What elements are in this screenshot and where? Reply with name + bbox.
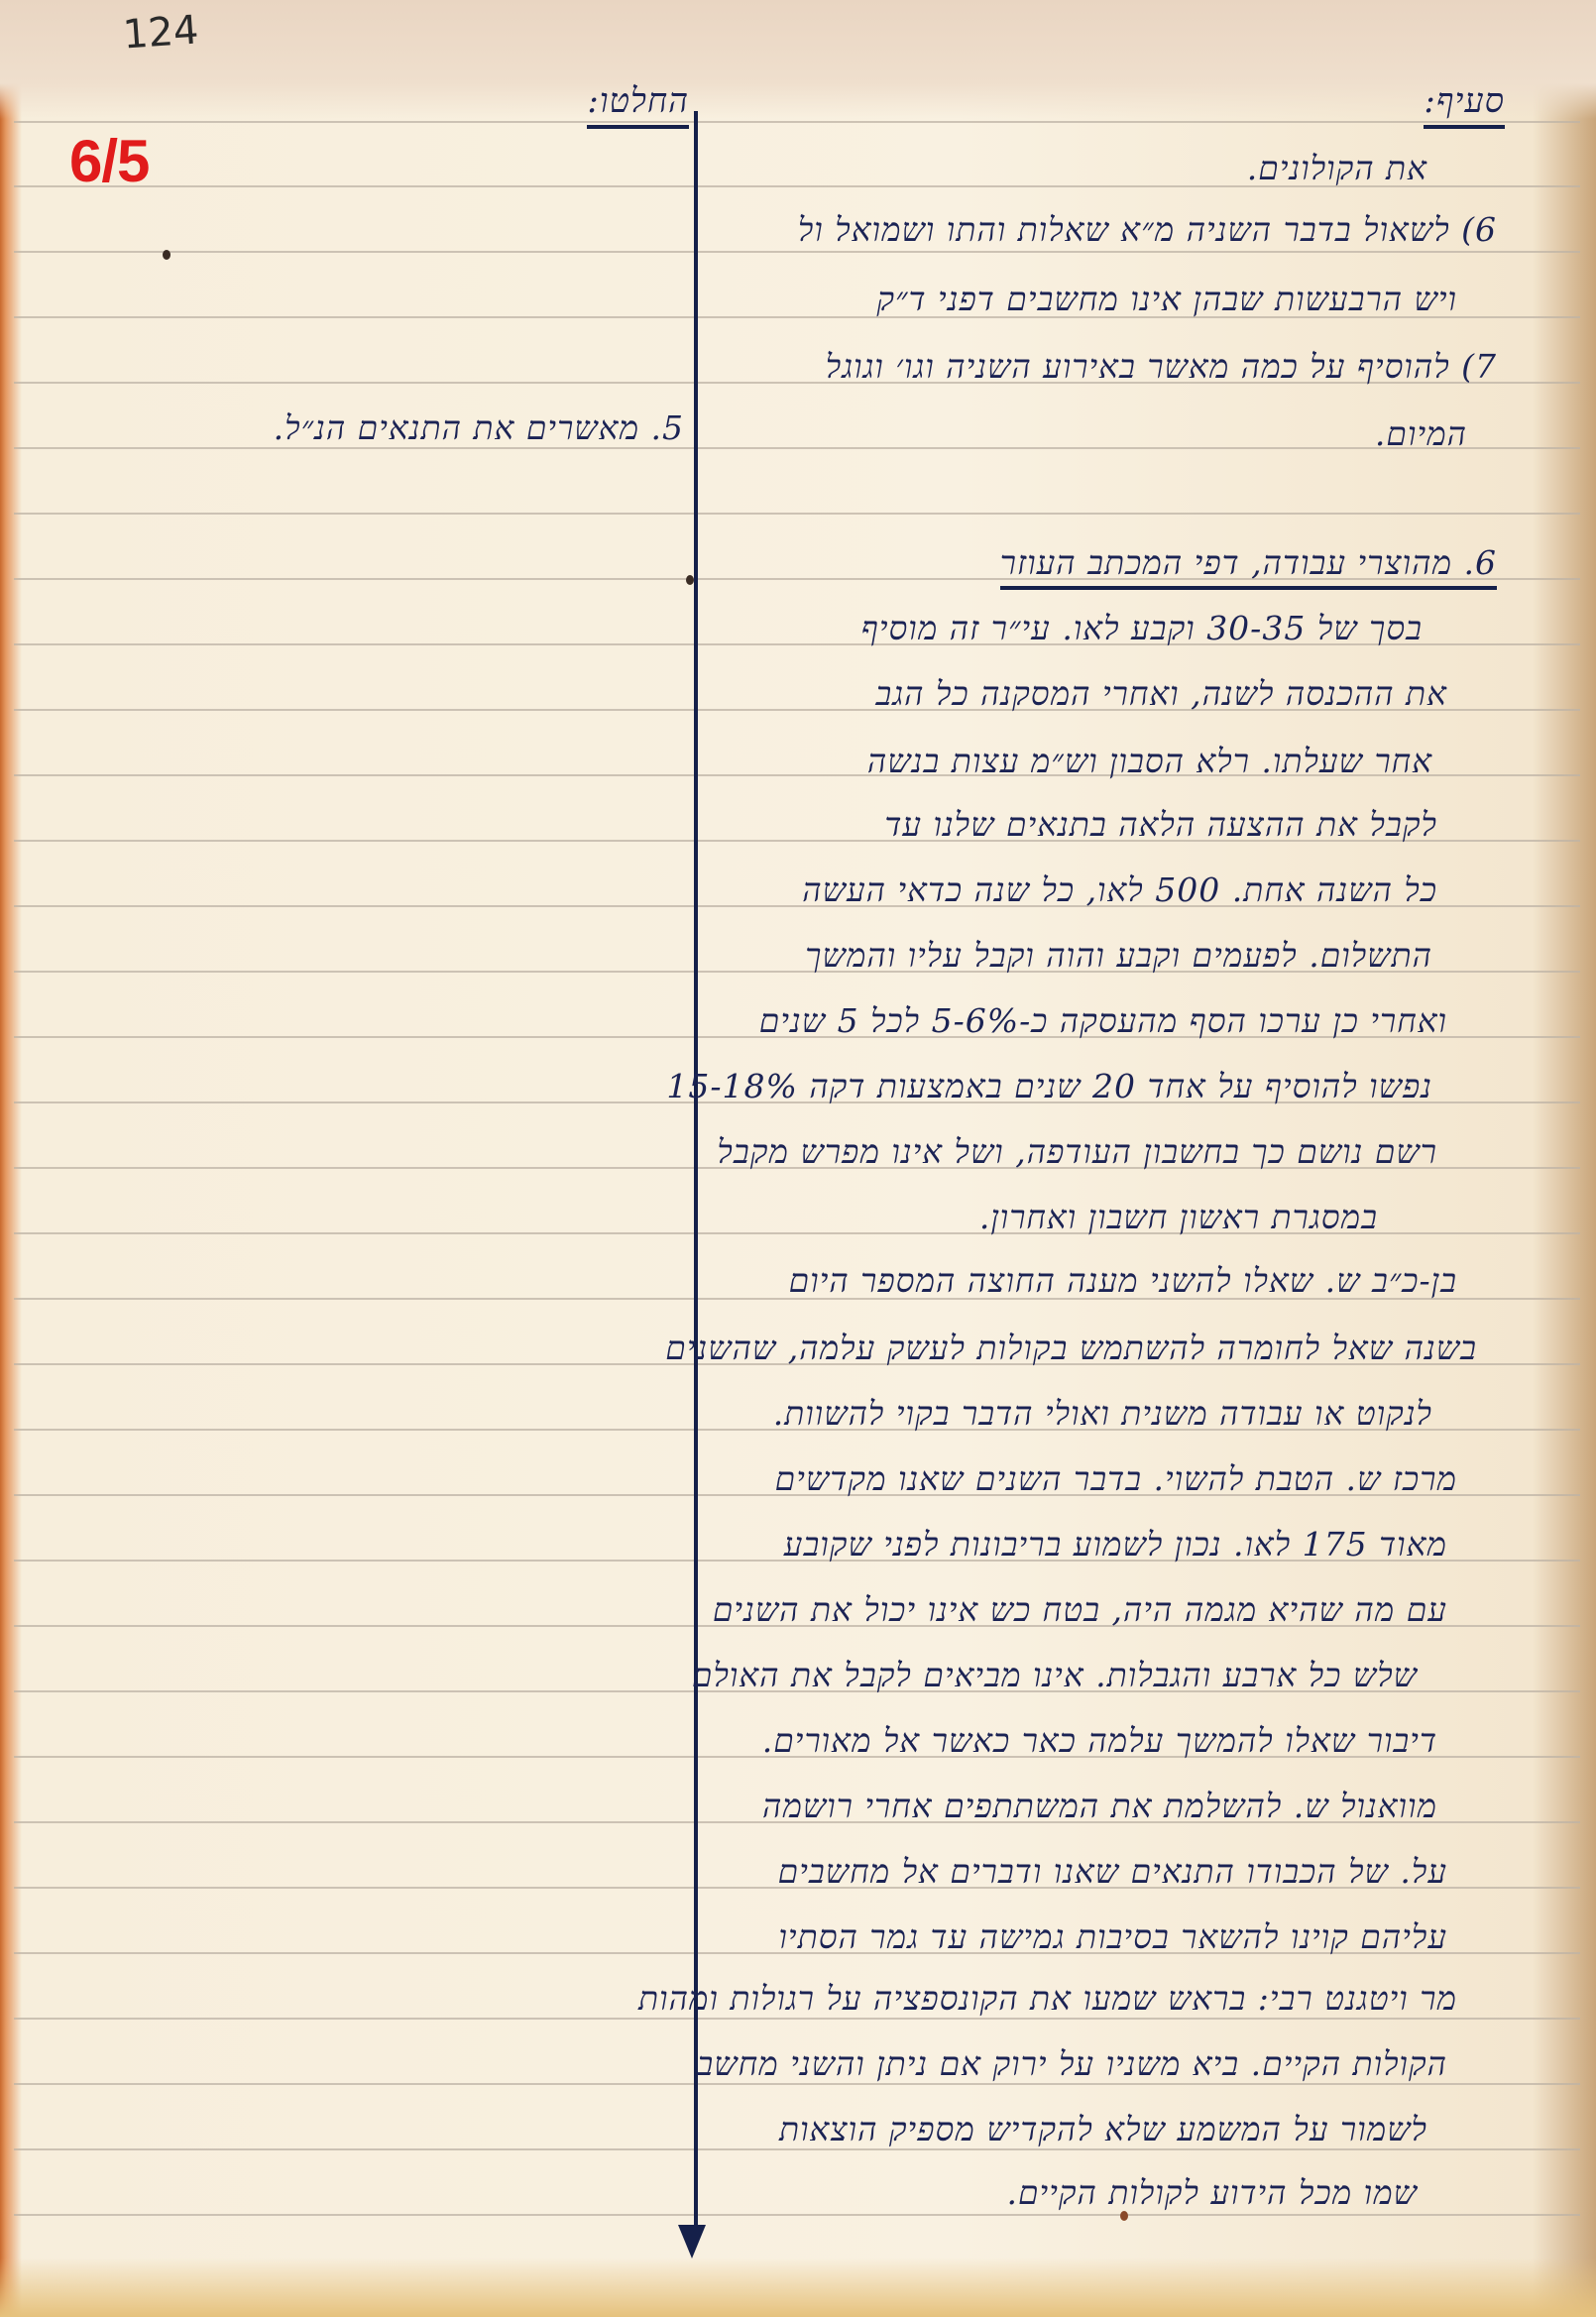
right-column-header: סעיף: [1424, 81, 1505, 121]
right-line: בסך של 30-35 וקבע לאו. עי״ר זה מוסיף [861, 609, 1423, 648]
ink-spot [163, 250, 171, 260]
right-line: דיבור שאלו להמשך עלמה כאר כאשר אל מאורים… [762, 1721, 1437, 1761]
right-line: אחר שעלתו. רלא הסבון וש״מ עצות בנשה [867, 742, 1432, 781]
right-line: לנקוט או עבודה משנית ואולי הדבר בקוי להש… [773, 1394, 1432, 1434]
right-line: את הקולונים. [1247, 149, 1427, 188]
right-line: עליהם קוינו להשאר בסיבות גמישה עד גמר הס… [778, 1917, 1447, 1957]
right-line: 6) לשאול בדבר השניה מ״א שאלות והתו ושמוא… [798, 210, 1497, 250]
right-line: ואחרי כן ערכו הסף מהעסקה כ-5-6% לכל 5 שנ… [759, 1001, 1447, 1041]
red-page-marker: 6/5 [69, 127, 149, 195]
right-line: לשמור על המשמע שלא להקדיש מספיק הוצאות [779, 2110, 1427, 2149]
right-line: מר ויטגנט רבי: בראש שמעו את הקונספציה על… [638, 1979, 1457, 2019]
ruled-line [14, 447, 1580, 449]
ruled-line [14, 121, 1580, 123]
section-6-heading: 6. מהוצרי עבודה, דפי המכתב העוזר [1000, 543, 1497, 583]
ruled-line [14, 513, 1580, 515]
right-line: הקולות הקיים. ביא משניו על ירוק אם ניתן … [697, 2044, 1447, 2084]
ruled-line [14, 2214, 1580, 2216]
right-line: 7) להוסיף על כמה מאשר באירוע השניה וגו׳ … [826, 347, 1497, 387]
left-column-header: החלטו: [587, 81, 689, 121]
right-line: מוואנול ש. להשלמת את המשתתפים אחרי רושמה [762, 1787, 1437, 1826]
right-line: מרכז ש. הטבת להשוי. בדבר השנים שאנו מקדש… [775, 1459, 1457, 1499]
ink-spot [686, 575, 694, 585]
right-line: את ההכנסה לשנה, ואחרי המסקנה כל הגב [875, 674, 1447, 714]
right-line: כל השנה אחת. 500 לאו, כל שנה כדאי העשה [802, 870, 1437, 910]
right-line: ויש הרבעשות שבהן אינו מחשבים דפני ד״ק [876, 280, 1457, 319]
right-line: עם מה שהיא מגמה היה, בטח כש אינו יכול את… [713, 1590, 1447, 1630]
right-line: לקבל את ההצעה הלאה בתנאים שלנו עד [884, 805, 1437, 845]
column-divider-line [694, 111, 698, 2243]
ruled-line [14, 251, 1580, 253]
page-bottom-shade [0, 2258, 1596, 2317]
arrow-down-icon [678, 2225, 706, 2259]
right-line: על. של הכבודו התנאים שאנו ודברים אל מחשב… [778, 1852, 1447, 1892]
right-line: שמו מכל הידוע לקולות הקיים. [1006, 2173, 1418, 2213]
scanned-document-page: 124 6/5 החלטו: סעיף: 5. מאשרים את התנאים… [0, 0, 1596, 2317]
right-line: מאוד 175 לאו. נכון לשמוע בריבונות לפני ש… [784, 1525, 1447, 1564]
right-line: נפשו להוסיף על אחד 20 שנים באמצעות דקה 1… [666, 1067, 1432, 1106]
right-line: התשלום. לפעמים וקבע והוה וקבל עליו והמשך [805, 936, 1432, 976]
page-top-shade [0, 0, 1596, 119]
right-line: במסגרת ראשון חשבון ואחרון. [979, 1198, 1378, 1237]
right-line: רשם נושם כך בחשבון העודפה, ושל אינו מפרש… [717, 1132, 1437, 1172]
right-line: שלש כל ארבע והגבלות. אינו מביאים לקבל את… [692, 1656, 1418, 1695]
right-line: המיום. [1375, 414, 1467, 454]
page-number: 124 [121, 7, 199, 58]
left-column-item: 5. מאשרים את התנאים הנ״ל. [274, 408, 684, 448]
right-line: בן-כ״ב ש. שאלו להשני מענה החוצה המספר הי… [789, 1261, 1457, 1301]
right-line: בשנה שאל לחומרה להשתמש בקולות לעשק עלמה,… [665, 1329, 1477, 1368]
